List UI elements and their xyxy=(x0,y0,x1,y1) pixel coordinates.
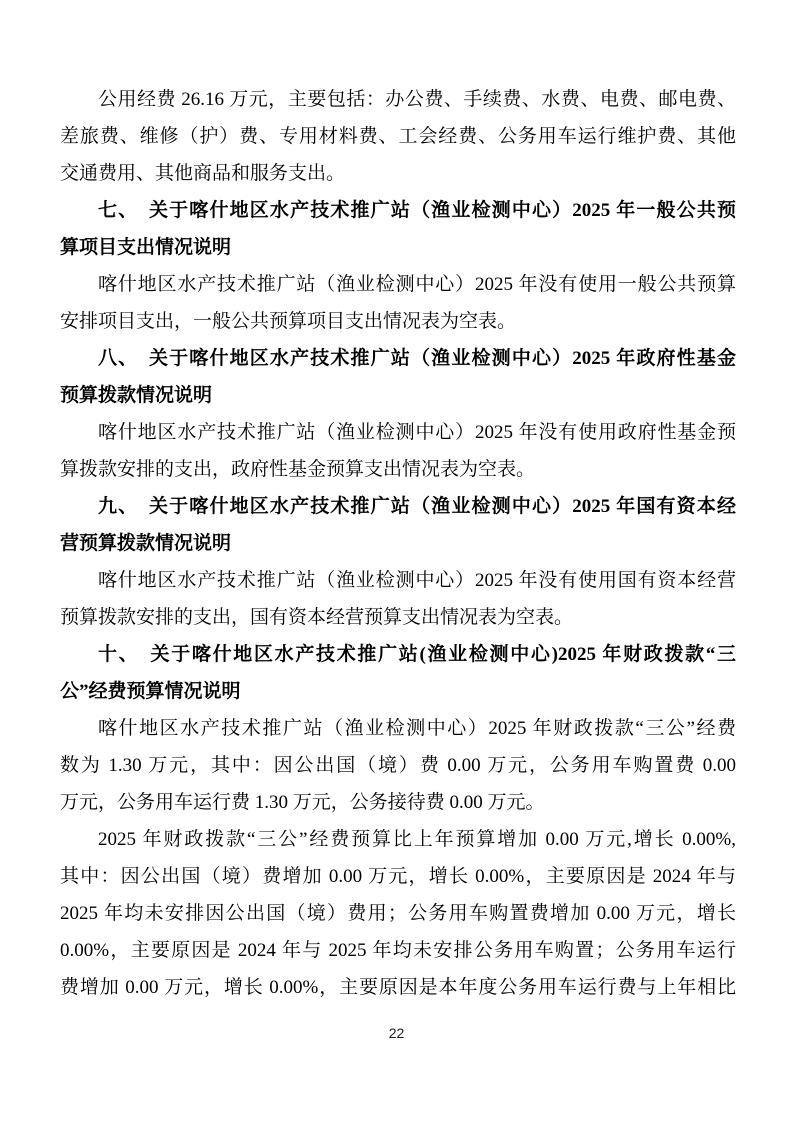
paragraph-section-7: 喀什地区水产技术推广站（渔业检测中心）2025 年没有使用一般公共预算安排项目支… xyxy=(60,266,736,340)
paragraph-public-expenses: 公用经费 26.16 万元，主要包括：办公费、手续费、水费、电费、邮电费、差旅费… xyxy=(60,81,736,192)
text-line: 公”经费预算情况说明 xyxy=(60,673,736,710)
text-line: 2025 年财政拨款“三公”经费预算比上年预算增加 0.00 万元,增长 0.0… xyxy=(60,821,736,858)
text-line: 喀什地区水产技术推广站（渔业检测中心）2025 年没有使用一般公共预算 xyxy=(60,266,736,303)
document-body: 公用经费 26.16 万元，主要包括：办公费、手续费、水费、电费、邮电费、差旅费… xyxy=(60,81,736,1006)
paragraph-three-public-budget: 喀什地区水产技术推广站（渔业检测中心）2025 年财政拨款“三公”经费数为 1.… xyxy=(60,710,736,821)
text-line: 公用经费 26.16 万元，主要包括：办公费、手续费、水费、电费、邮电费、 xyxy=(60,81,736,118)
text-line: 交通费用、其他商品和服务支出。 xyxy=(60,155,736,192)
text-line: 七、 关于喀什地区水产技术推广站（渔业检测中心）2025 年一般公共预 xyxy=(60,192,736,229)
text-line: 营预算拨款情况说明 xyxy=(60,525,736,562)
text-line: 安排项目支出，一般公共预算项目支出情况表为空表。 xyxy=(60,303,736,340)
document-page: 公用经费 26.16 万元，主要包括：办公费、手续费、水费、电费、邮电费、差旅费… xyxy=(0,0,793,1122)
heading-section-10: 十、 关于喀什地区水产技术推广站(渔业检测中心)2025 年财政拨款“三公”经费… xyxy=(60,636,736,710)
text-line: 八、 关于喀什地区水产技术推广站（渔业检测中心）2025 年政府性基金 xyxy=(60,340,736,377)
text-line: 费增加 0.00 万元，增长 0.00%，主要原因是本年度公务用车运行费与上年相… xyxy=(60,969,736,1006)
text-line: 算拨款安排的支出，政府性基金预算支出情况表为空表。 xyxy=(60,451,736,488)
paragraph-section-9: 喀什地区水产技术推广站（渔业检测中心）2025 年没有使用国有资本经营预算拨款安… xyxy=(60,562,736,636)
heading-section-7: 七、 关于喀什地区水产技术推广站（渔业检测中心）2025 年一般公共预算项目支出… xyxy=(60,192,736,266)
heading-section-9: 九、 关于喀什地区水产技术推广站（渔业检测中心）2025 年国有资本经营预算拨款… xyxy=(60,488,736,562)
text-line: 喀什地区水产技术推广站（渔业检测中心）2025 年财政拨款“三公”经费 xyxy=(60,710,736,747)
text-line: 数为 1.30 万元，其中：因公出国（境）费 0.00 万元，公务用车购置费 0… xyxy=(60,747,736,784)
text-line: 0.00%，主要原因是 2024 年与 2025 年均未安排公务用车购置；公务用… xyxy=(60,932,736,969)
paragraph-three-public-comparison: 2025 年财政拨款“三公”经费预算比上年预算增加 0.00 万元,增长 0.0… xyxy=(60,821,736,1006)
paragraph-section-8: 喀什地区水产技术推广站（渔业检测中心）2025 年没有使用政府性基金预算拨款安排… xyxy=(60,414,736,488)
text-line: 九、 关于喀什地区水产技术推广站（渔业检测中心）2025 年国有资本经 xyxy=(60,488,736,525)
text-line: 算项目支出情况说明 xyxy=(60,229,736,266)
page-number: 22 xyxy=(389,1024,405,1042)
page-footer: 22 xyxy=(0,1024,793,1043)
text-line: 差旅费、维修（护）费、专用材料费、工会经费、公务用车运行维护费、其他 xyxy=(60,118,736,155)
text-line: 其中：因公出国（境）费增加 0.00 万元，增长 0.00%，主要原因是 202… xyxy=(60,858,736,895)
text-line: 预算拨款安排的支出，国有资本经营预算支出情况表为空表。 xyxy=(60,599,736,636)
text-line: 十、 关于喀什地区水产技术推广站(渔业检测中心)2025 年财政拨款“三 xyxy=(60,636,736,673)
text-line: 喀什地区水产技术推广站（渔业检测中心）2025 年没有使用国有资本经营 xyxy=(60,562,736,599)
text-line: 喀什地区水产技术推广站（渔业检测中心）2025 年没有使用政府性基金预 xyxy=(60,414,736,451)
text-line: 万元，公务用车运行费 1.30 万元，公务接待费 0.00 万元。 xyxy=(60,784,736,821)
text-line: 2025 年均未安排因公出国（境）费用；公务用车购置费增加 0.00 万元，增长 xyxy=(60,895,736,932)
heading-section-8: 八、 关于喀什地区水产技术推广站（渔业检测中心）2025 年政府性基金预算拨款情… xyxy=(60,340,736,414)
text-line: 预算拨款情况说明 xyxy=(60,377,736,414)
